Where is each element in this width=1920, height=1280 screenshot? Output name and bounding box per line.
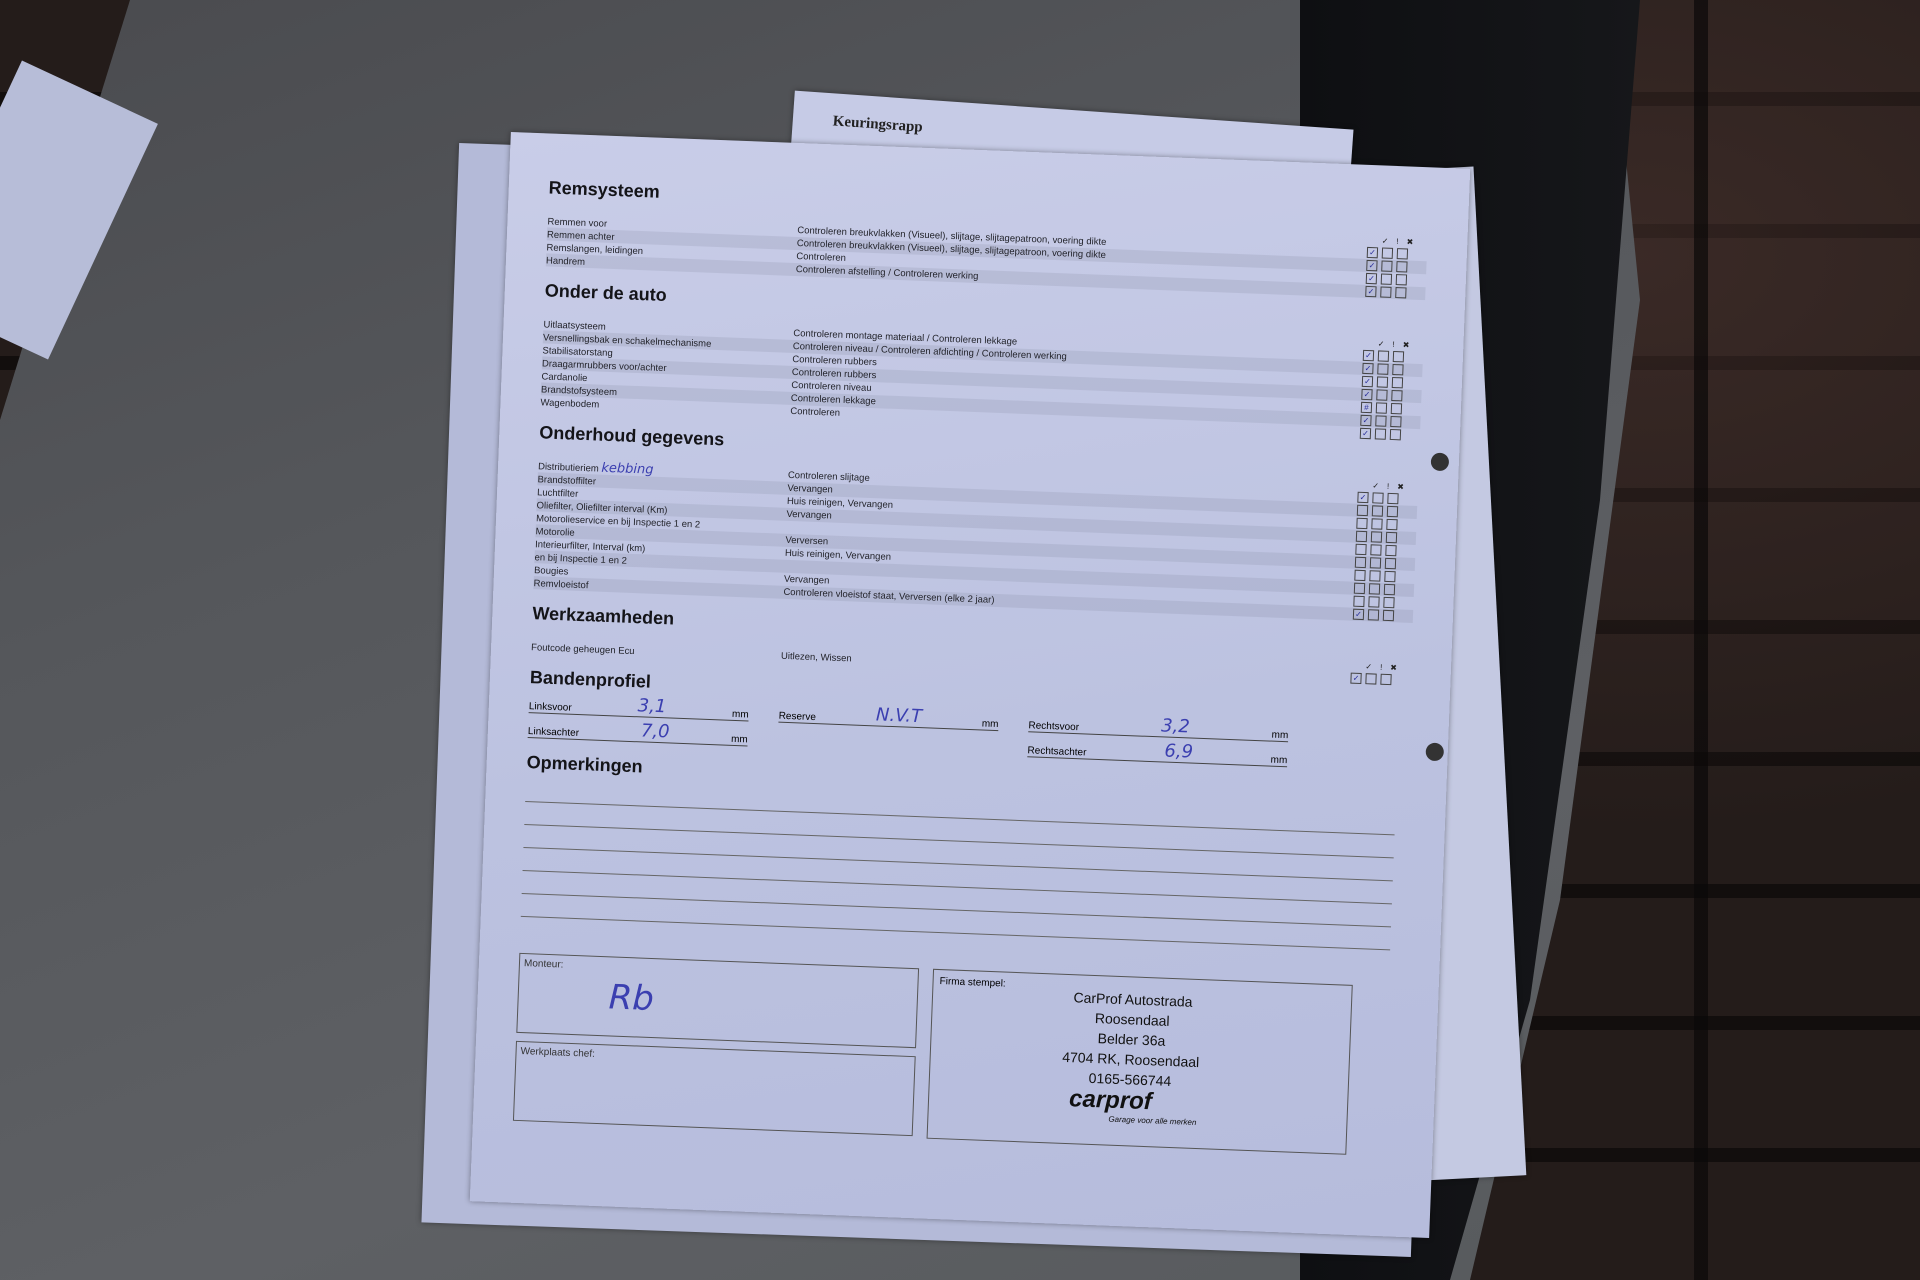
checkbox-ok[interactable]: ✓	[1366, 273, 1377, 284]
checkbox-ok[interactable]	[1356, 518, 1367, 529]
checkbox-ok[interactable]: ✓	[1361, 389, 1372, 400]
column-header: ✖	[1402, 340, 1409, 350]
tire-measurement	[777, 729, 998, 755]
checkbox-ok[interactable]: ✓	[1365, 286, 1376, 297]
remarks-lines	[521, 779, 1406, 951]
stamp-label: Firma stempel:	[939, 976, 1005, 990]
checkbox-warning[interactable]	[1381, 260, 1392, 271]
maintenance-checklist: Remsysteem✓!✖Remmen voor Controleren bre…	[470, 132, 1470, 1238]
checkbox-warning[interactable]	[1371, 518, 1382, 529]
tire-label: Reserve	[778, 711, 816, 723]
column-header: ✖	[1390, 663, 1397, 673]
checkbox-ok[interactable]: ✓	[1362, 363, 1373, 374]
column-header: ✓	[1372, 481, 1379, 491]
checkbox-fail[interactable]	[1387, 506, 1398, 517]
mechanic-label: Monteur:	[524, 958, 564, 971]
logo-tagline: Garage voor alle merken	[1108, 1115, 1196, 1127]
checkbox-ok[interactable]	[1354, 570, 1365, 581]
check-boxes: ✓	[1360, 415, 1420, 428]
check-boxes: ✓	[1363, 350, 1423, 363]
column-header: ✖	[1406, 237, 1413, 247]
checkbox-warning[interactable]	[1370, 544, 1381, 555]
tire-measurement: Linksachter 7,0 mm	[528, 719, 749, 746]
tire-value: N.V.T	[876, 704, 923, 727]
company-name: CarProf Autostrada Roosendaal	[1042, 986, 1223, 1033]
checkbox-warning[interactable]	[1369, 583, 1380, 594]
company-address: CarProf Autostrada Roosendaal Belder 36a…	[1040, 986, 1224, 1093]
column-header: ✓	[1365, 662, 1372, 672]
punch-hole	[1425, 743, 1444, 762]
punch-hole	[1431, 453, 1450, 472]
tire-value: 3,1	[637, 695, 666, 717]
checkbox-fail[interactable]	[1386, 532, 1397, 543]
check-boxes: ✓	[1362, 376, 1422, 389]
checkbox-fail[interactable]	[1395, 287, 1406, 298]
tire-unit: mm	[731, 734, 748, 746]
tire-label: Rechtsachter	[1027, 745, 1086, 758]
checkbox-fail[interactable]	[1396, 274, 1407, 285]
checkbox-fail[interactable]	[1384, 571, 1395, 582]
checkbox-warning[interactable]	[1365, 673, 1376, 684]
signature-area: Monteur: Rb Werkplaats chef: Firma stemp…	[513, 953, 1399, 1157]
tire-measurement: Rechtsvoor 3,2 mm	[1028, 713, 1289, 742]
tire-label: Linksvoor	[529, 701, 572, 714]
checkbox-warning[interactable]	[1380, 286, 1391, 297]
checkbox-ok[interactable]	[1354, 583, 1365, 594]
checkbox-warning[interactable]	[1370, 557, 1381, 568]
checkbox-ok[interactable]	[1353, 596, 1364, 607]
checkbox-fail[interactable]	[1387, 493, 1398, 504]
checkbox-ok[interactable]: ✓	[1357, 492, 1368, 503]
tire-unit: mm	[732, 709, 749, 721]
check-boxes: ✓	[1353, 609, 1413, 622]
check-boxes: ✓	[1350, 673, 1410, 686]
chief-box: Werkplaats chef:	[513, 1041, 916, 1136]
check-boxes	[1354, 583, 1414, 596]
logo-text: carprof	[1069, 1085, 1153, 1115]
checkbox-warning[interactable]	[1368, 596, 1379, 607]
checkbox-fail[interactable]	[1391, 390, 1402, 401]
checkbox-ok[interactable]: ✓	[1360, 415, 1371, 426]
checkbox-fail[interactable]	[1385, 558, 1396, 569]
check-boxes	[1354, 570, 1414, 583]
checkbox-ok[interactable]	[1356, 531, 1367, 542]
checkbox-fail[interactable]	[1393, 351, 1404, 362]
tire-value: 7,0	[640, 720, 669, 742]
column-header: ✖	[1397, 482, 1404, 492]
checkbox-ok[interactable]	[1355, 557, 1366, 568]
check-boxes: ✓	[1366, 273, 1426, 286]
checkbox-ok[interactable]: ✓	[1350, 673, 1361, 684]
check-boxes: ✓	[1360, 428, 1420, 441]
checkbox-fail[interactable]	[1380, 674, 1391, 685]
checkbox-fail[interactable]	[1383, 597, 1394, 608]
checkbox-fail[interactable]	[1386, 519, 1397, 530]
company-stamp-box: Firma stempel: CarProf Autostrada Roosen…	[927, 969, 1353, 1155]
check-boxes	[1356, 531, 1416, 544]
checkbox-ok[interactable]: ✓	[1363, 350, 1374, 361]
checkbox-warning[interactable]	[1376, 389, 1387, 400]
checkbox-ok[interactable]	[1355, 544, 1366, 555]
checkbox-warning[interactable]	[1381, 273, 1392, 284]
check-boxes: ✓	[1366, 260, 1426, 273]
checkbox-warning[interactable]	[1369, 570, 1380, 581]
column-header: !	[1396, 237, 1399, 247]
tire-value: 3,2	[1161, 715, 1190, 737]
column-header: !	[1387, 482, 1390, 492]
checkbox-fail[interactable]	[1384, 584, 1395, 595]
checkbox-warning[interactable]	[1371, 531, 1382, 542]
checklist-sections: Remsysteem✓!✖Remmen voor Controleren bre…	[531, 177, 1429, 686]
checkbox-ok[interactable]: #	[1361, 402, 1372, 413]
mechanic-box: Monteur: Rb	[516, 953, 919, 1048]
tire-unit: mm	[1271, 730, 1288, 742]
check-boxes	[1355, 557, 1415, 570]
check-boxes	[1355, 544, 1415, 557]
checkbox-warning[interactable]	[1375, 415, 1386, 426]
checkbox-ok[interactable]: ✓	[1367, 247, 1378, 258]
report-title: Keuringsrapp	[832, 113, 923, 136]
check-boxes: ✓	[1362, 363, 1422, 376]
column-header: !	[1380, 663, 1383, 673]
check-boxes: ✓	[1357, 492, 1417, 505]
checkbox-warning[interactable]	[1372, 505, 1383, 516]
checkbox-warning[interactable]	[1378, 350, 1389, 361]
checkbox-ok[interactable]: ✓	[1362, 376, 1373, 387]
check-boxes: #	[1361, 402, 1421, 415]
carprof-logo: carprof Garage voor alle merken	[1068, 1085, 1197, 1127]
checkbox-ok[interactable]: ✓	[1360, 428, 1371, 439]
column-header: !	[1392, 340, 1395, 350]
checkbox-fail[interactable]	[1390, 416, 1401, 427]
column-header: ✓	[1381, 236, 1388, 246]
check-boxes: ✓	[1367, 247, 1427, 260]
checkbox-warning[interactable]	[1377, 376, 1388, 387]
mechanic-signature: Rb	[608, 977, 655, 1019]
checkbox-fail[interactable]	[1397, 248, 1408, 259]
checkbox-fail[interactable]	[1396, 261, 1407, 272]
column-header: ✓	[1378, 339, 1385, 349]
tire-measurement: Linksvoor 3,1 mm	[529, 694, 750, 721]
check-boxes: ✓	[1361, 389, 1421, 402]
tire-measurement: Reserve N.V.T mm	[778, 704, 999, 731]
chief-label: Werkplaats chef:	[520, 1046, 595, 1060]
checkbox-warning[interactable]	[1376, 402, 1387, 413]
check-boxes	[1353, 596, 1413, 609]
checkbox-warning[interactable]	[1382, 247, 1393, 258]
checkbox-warning[interactable]	[1375, 428, 1386, 439]
tire-unit: mm	[982, 718, 999, 730]
checkbox-fail[interactable]	[1392, 377, 1403, 388]
checkbox-fail[interactable]	[1390, 429, 1401, 440]
checkbox-ok[interactable]: ✓	[1353, 609, 1364, 620]
checkbox-ok[interactable]: ✓	[1366, 260, 1377, 271]
check-boxes: ✓	[1365, 286, 1425, 299]
checkbox-ok[interactable]	[1357, 505, 1368, 516]
check-boxes	[1357, 505, 1417, 518]
tire-measurement: Rechtsachter 6,9 mm	[1027, 738, 1288, 767]
tire-value: 6,9	[1164, 741, 1193, 763]
check-boxes	[1356, 518, 1416, 531]
tire-unit: mm	[1270, 755, 1287, 767]
checkbox-fail[interactable]	[1385, 545, 1396, 556]
checkbox-fail[interactable]	[1392, 364, 1403, 375]
checkbox-warning[interactable]	[1368, 609, 1379, 620]
checkbox-fail[interactable]	[1383, 610, 1394, 621]
tire-label: Rechtsvoor	[1028, 720, 1079, 733]
tire-label: Linksachter	[528, 726, 580, 739]
checkbox-warning[interactable]	[1372, 492, 1383, 503]
checkbox-warning[interactable]	[1377, 363, 1388, 374]
checkbox-fail[interactable]	[1391, 403, 1402, 414]
